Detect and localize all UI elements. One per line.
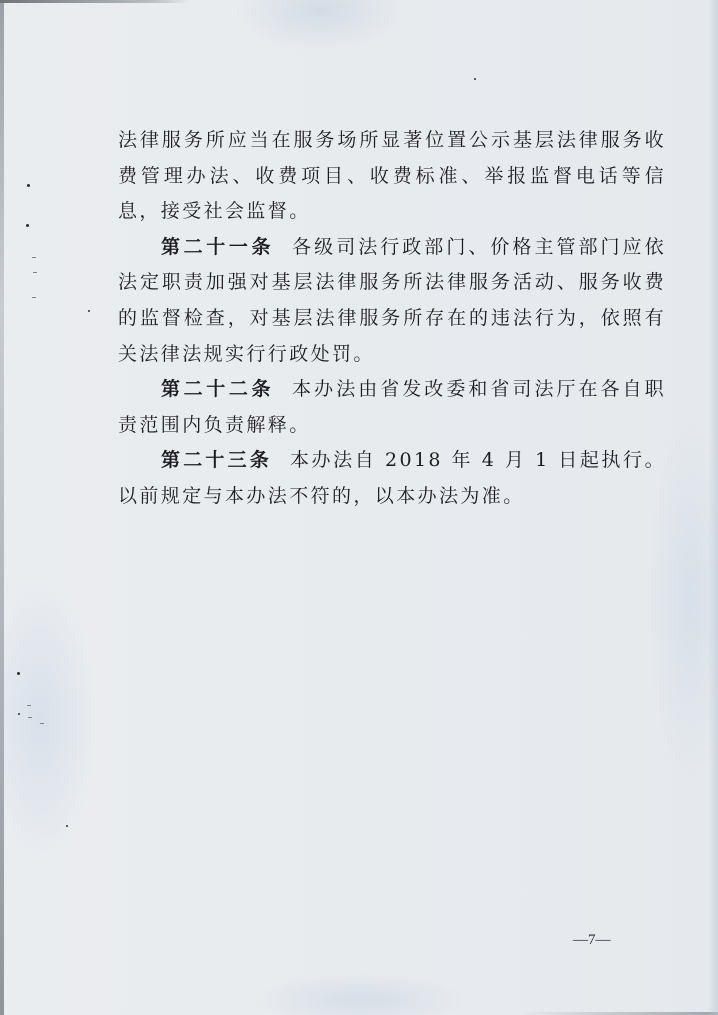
scan-speck bbox=[26, 224, 29, 227]
scan-speck bbox=[17, 672, 20, 675]
paragraph-text: 法律服务所应当在服务场所显著位置公示基层法律服务收费管理办法、收费项目、收费标准… bbox=[118, 129, 666, 222]
scan-edge-top bbox=[0, 0, 190, 3]
scan-speck bbox=[27, 184, 30, 187]
article-number: 第二十三条 bbox=[161, 449, 272, 471]
scan-edge-right bbox=[708, 0, 718, 1015]
scan-mark bbox=[28, 717, 32, 718]
scan-speck bbox=[474, 78, 476, 80]
scan-speck bbox=[66, 825, 68, 827]
paragraph-continuation: 法律服务所应当在服务场所显著位置公示基层法律服务收费管理办法、收费项目、收费标准… bbox=[118, 123, 666, 230]
scan-mark bbox=[27, 705, 31, 706]
article-22: 第二十二条本办法由省发改委和省司法厅在各自职责范围内负责解释。 bbox=[118, 372, 666, 443]
scan-mark bbox=[32, 257, 36, 258]
article-23: 第二十三条本办法自 2018 年 4 月 1 日起执行。以前规定与本办法不符的，… bbox=[118, 443, 666, 514]
scan-mark bbox=[32, 297, 36, 298]
page-number: —7— bbox=[573, 932, 611, 949]
scan-edge-left bbox=[0, 0, 4, 1015]
scan-mark bbox=[33, 272, 37, 273]
document-body: 法律服务所应当在服务场所显著位置公示基层法律服务收费管理办法、收费项目、收费标准… bbox=[118, 123, 666, 515]
scan-speck bbox=[18, 713, 20, 715]
article-21: 第二十一条各级司法行政部门、价格主管部门应依法定职责加强对基层法律服务所法律服务… bbox=[118, 230, 666, 372]
article-number: 第二十一条 bbox=[161, 236, 274, 258]
scan-speck bbox=[88, 310, 90, 312]
scan-mark bbox=[40, 723, 44, 724]
article-number: 第二十二条 bbox=[161, 378, 274, 400]
